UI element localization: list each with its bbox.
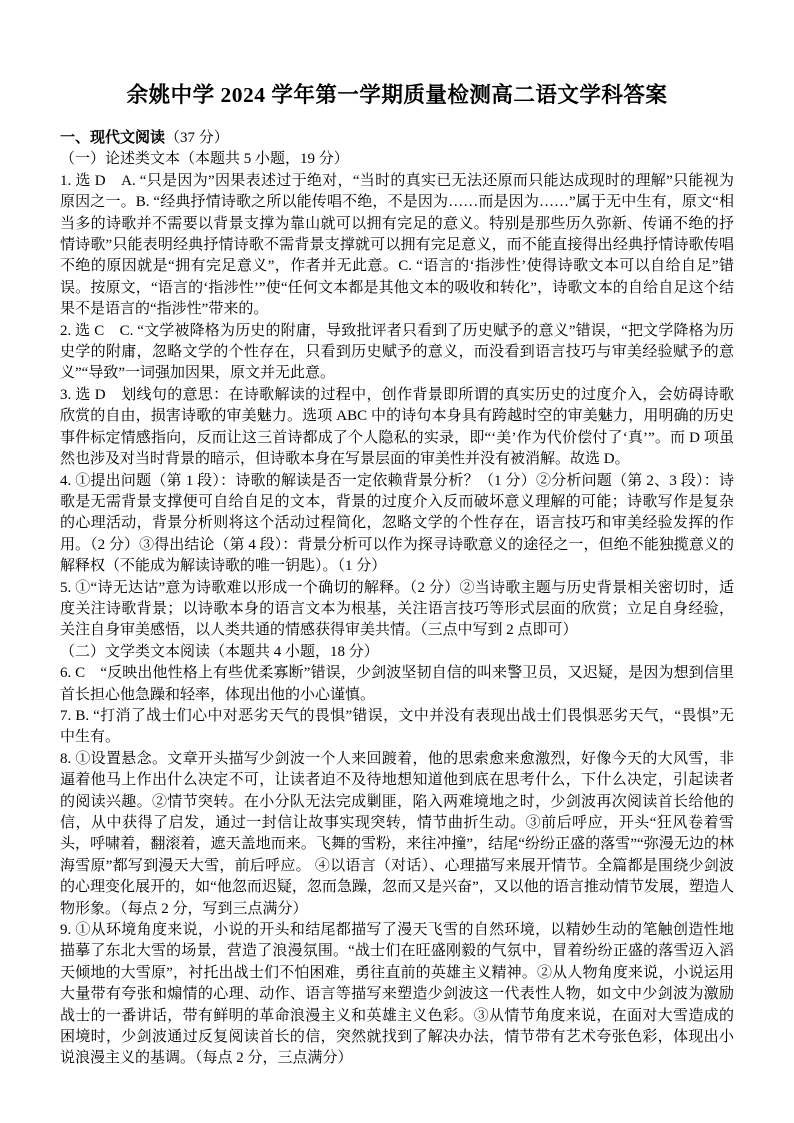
answer-8: 8. ①设置悬念。文章开头描写少剑波一个人来回踱着，他的思索愈来愈激烈，好像今天… xyxy=(60,749,734,920)
answer-6: 6. C “反映出他性格上有些优柔寡断”错误，少剑波坚韧自信的叫来警卫员，又迟疑… xyxy=(60,663,734,706)
section-heading-points: （37 分） xyxy=(165,130,229,146)
document-page: 余姚中学 2024 学年第一学期质量检测高二语文学科答案 一、现代文阅读（37 … xyxy=(0,0,794,1123)
subsection-heading-literary-text: （二）文学类文本阅读（本题共 4 小题，18 分） xyxy=(60,642,734,663)
answer-9: 9. ①从环境角度来说，小说的开头和结尾都描写了漫天飞雪的自然环境，以精妙生动的… xyxy=(60,920,734,1070)
answer-1: 1. 选 D A. “只是因为”因果表述过于绝对，“当时的真实已无法还原而只能达… xyxy=(60,171,734,321)
subsection-heading-argumentative-text: （一）论述类文本（本题共 5 小题，19 分） xyxy=(60,149,734,170)
answer-7: 7. B. “打消了战士们心中对恶劣天气的畏惧”错误，文中并没有表现出战士们畏惧… xyxy=(60,706,734,749)
section-heading-modern-reading: 一、现代文阅读（37 分） xyxy=(60,128,734,149)
answer-5: 5. ①“诗无达诂”意为诗歌难以形成一个确切的解释。（2 分）②当诗歌主题与历史… xyxy=(60,578,734,642)
document-title: 余姚中学 2024 学年第一学期质量检测高二语文学科答案 xyxy=(60,82,734,108)
section-heading-bold: 一、现代文阅读 xyxy=(60,130,165,146)
answer-2: 2. 选 C C. “文学被降格为历史的附庸，导致批评者只看到了历史赋予的意义”… xyxy=(60,321,734,385)
answer-4: 4. ①提出问题（第 1 段）：诗歌的解读是否一定依赖背景分析？（1 分）②分析… xyxy=(60,471,734,578)
answer-3: 3. 选 D 划线句的意思：在诗歌解读的过程中，创作背景即所谓的真实历史的过度介… xyxy=(60,385,734,471)
